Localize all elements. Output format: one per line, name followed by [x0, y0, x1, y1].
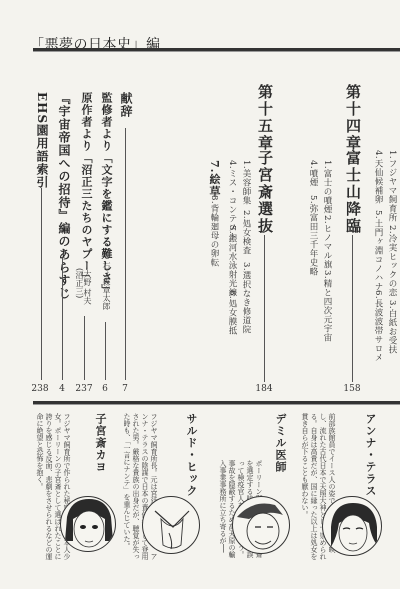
front-item-original-author: 原作者より「沼正三たちのヤプー」 — [78, 92, 94, 284]
chapter-15-title: 子宮斎選抜 — [255, 150, 276, 235]
section-item: 5.弥富田三千年史略 — [307, 195, 319, 276]
chapter-15-page: 184 — [252, 384, 276, 394]
portrait-demil — [232, 496, 290, 554]
page-glossary: 238 — [28, 384, 52, 394]
portrait-anna — [322, 496, 382, 556]
section-item: 1.フジヤマ飼育所 — [386, 150, 398, 222]
top-divider — [33, 48, 400, 52]
leader-supervisor — [105, 322, 106, 380]
character-name-anna: アンナ・テラス — [362, 413, 378, 497]
sald-hick-face-icon — [143, 497, 200, 554]
section-item: 2.処女検査 — [240, 210, 252, 255]
anna-face-icon — [323, 497, 382, 556]
section-item: 2.ヒノマル旗 — [321, 215, 333, 269]
section-item: 4.噴煙 — [307, 160, 319, 187]
page-synopsis: 4 — [50, 384, 74, 394]
character-name-demil: デミル医師 — [272, 413, 288, 473]
section-item: 3.白紙お受扶 — [386, 300, 398, 354]
section-item: 6.長波波帯サロメ — [372, 290, 384, 362]
leader-glossary — [41, 188, 42, 380]
portrait-kayo — [60, 496, 116, 552]
front-item-dedication: 献辞 — [118, 92, 135, 118]
chapter-14-label: 第十四章 — [343, 84, 364, 152]
chapter-15-leader — [264, 235, 265, 382]
section-item: 2.冷実ヒックの恋 — [386, 225, 398, 297]
original-author-note: (沼正三) — [74, 268, 85, 298]
character-name-sald-hick: サルド・ヒック — [183, 413, 199, 497]
leader-dedication — [125, 128, 126, 380]
chapter-14-leader — [352, 235, 353, 382]
chapter-14-page: 158 — [340, 384, 364, 394]
section-item: 1.美容師集 — [240, 160, 252, 205]
section-item: 7.絵草 — [206, 160, 222, 197]
front-item-synopsis: 『宇宙帝国への招待』編のあらすじ — [56, 92, 73, 300]
section-item: 5.銀河水泳射光線 — [226, 225, 238, 297]
front-item-glossary: EHS園用語索引 — [34, 92, 51, 189]
section-item: 5.土門ヶ淵コノハナ — [372, 210, 384, 291]
section-item: 3.精と四次元宇宙 — [321, 270, 333, 342]
leader-original-author — [84, 316, 85, 380]
leader-synopsis — [62, 258, 63, 380]
supervisor-author: 石ノ森章太郎 — [101, 262, 112, 310]
section-item: 6.処女膜抵 — [226, 290, 238, 335]
character-name-kayo: 子宮斎カヨ — [92, 413, 108, 473]
middle-divider — [33, 401, 400, 405]
kayo-face-icon — [61, 497, 116, 552]
page-original-author: 237 — [72, 384, 96, 394]
chapter-15-label: 第十五章 — [255, 84, 276, 152]
chapter-14-title: 富士山降臨 — [343, 150, 364, 235]
section-item: 1.富士の噴煙 — [321, 160, 333, 214]
page-supervisor: 6 — [93, 384, 117, 394]
section-item: 4.天仙候補卵 — [372, 150, 384, 204]
demil-face-icon — [233, 497, 290, 554]
section-item: 3.選択なき修道院 — [240, 262, 252, 334]
portrait-sald-hick — [142, 496, 200, 554]
section-item: 8.背輪廻母の卵転 — [208, 195, 220, 267]
